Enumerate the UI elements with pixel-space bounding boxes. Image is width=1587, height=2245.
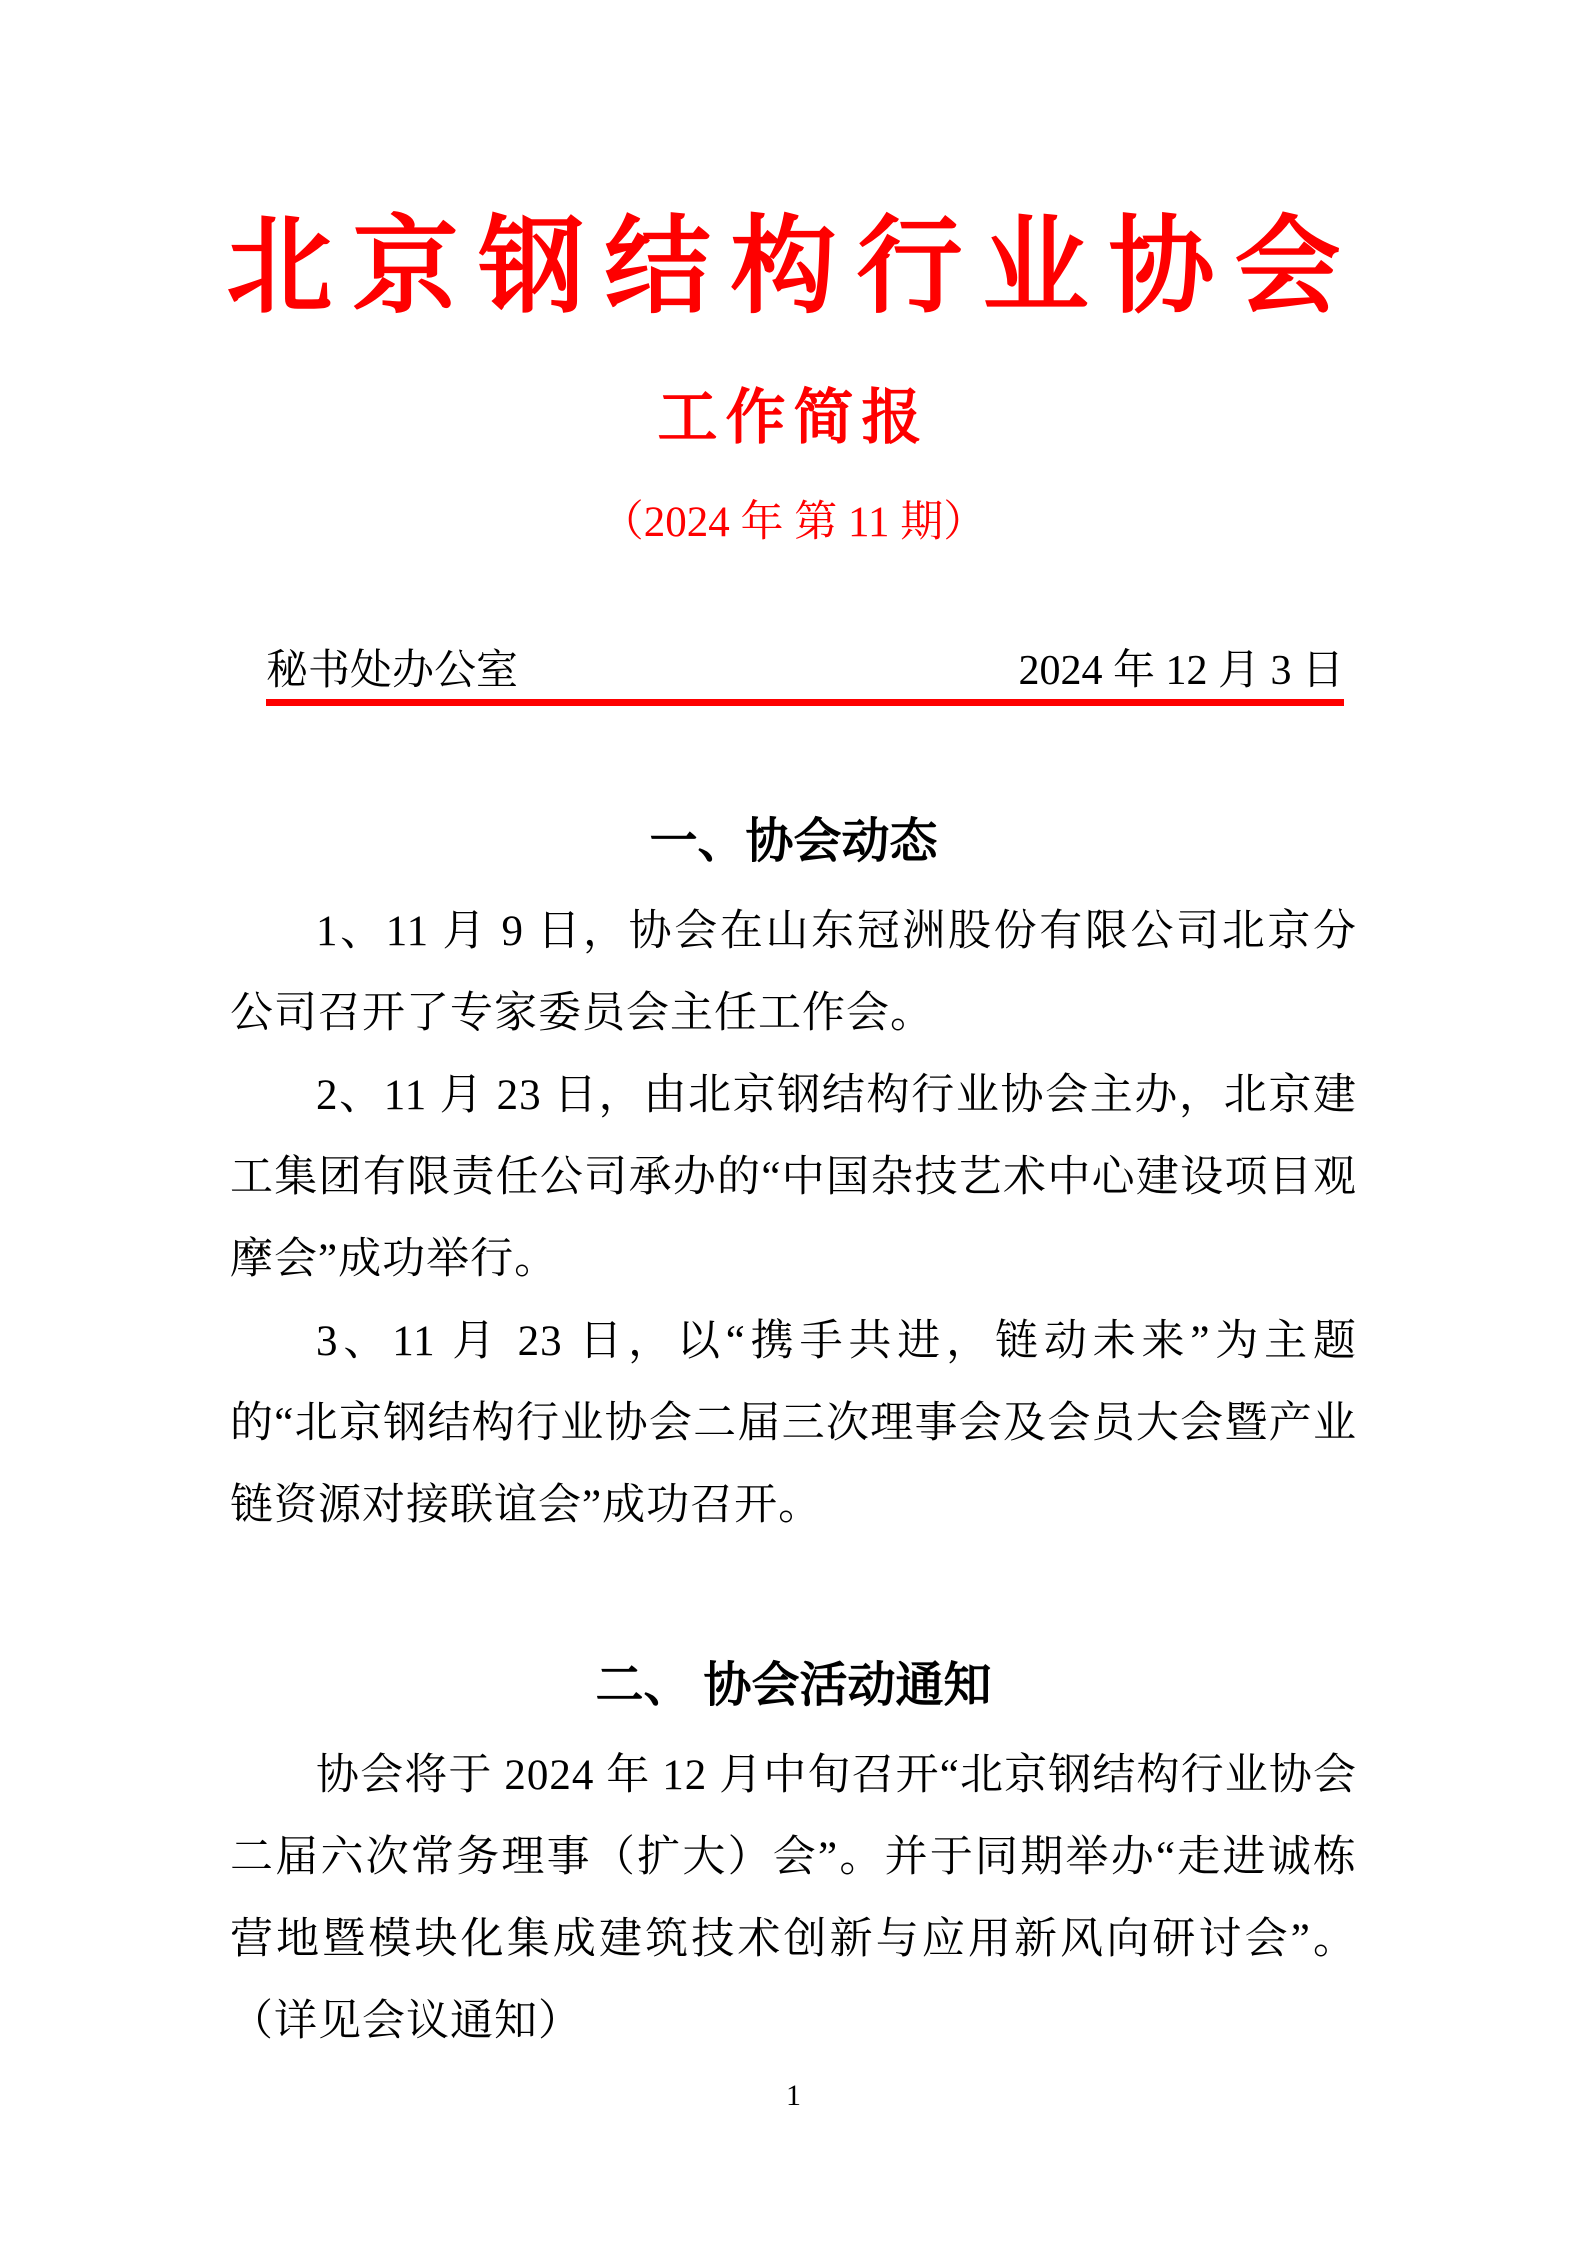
issue-date: 2024 年 12 月 3 日: [1018, 646, 1344, 696]
section-2-body: 协会将于 2024 年 12 月中旬召开“北京钢结构行业协会二届六次常务理事（扩…: [230, 1735, 1357, 2063]
paragraph: 2、11 月 23 日，由北京钢结构行业协会主办，北京建工集团有限责任公司承办的…: [230, 1055, 1357, 1301]
document-page: 北京钢结构行业协会 工作简报 （2024 年 第 11 期） 秘书处办公室 20…: [0, 0, 1587, 2245]
paragraph: 1、11 月 9 日，协会在山东冠洲股份有限公司北京分公司召开了专家委员会主任工…: [230, 891, 1357, 1055]
section-1-body: 1、11 月 9 日，协会在山东冠洲股份有限公司北京分公司召开了专家委员会主任工…: [230, 891, 1357, 1547]
page-number: 1: [0, 2078, 1587, 2114]
paragraph: 3、11 月 23 日，以“携手共进，链动未来”为主题的“北京钢结构行业协会二届…: [230, 1301, 1357, 1547]
org-title: 北京钢结构行业协会: [0, 0, 1587, 330]
issue-number-line: （2024 年 第 11 期）: [0, 496, 1587, 550]
issuer-name: 秘书处办公室: [266, 646, 518, 696]
issuer-date-row: 秘书处办公室 2024 年 12 月 3 日: [266, 646, 1344, 706]
section-heading-2: 二、 协会活动通知: [0, 1655, 1587, 1717]
paragraph: 协会将于 2024 年 12 月中旬召开“北京钢结构行业协会二届六次常务理事（扩…: [230, 1735, 1357, 2063]
doc-title: 工作简报: [0, 382, 1587, 454]
section-heading-1: 一、协会动态: [0, 811, 1587, 873]
